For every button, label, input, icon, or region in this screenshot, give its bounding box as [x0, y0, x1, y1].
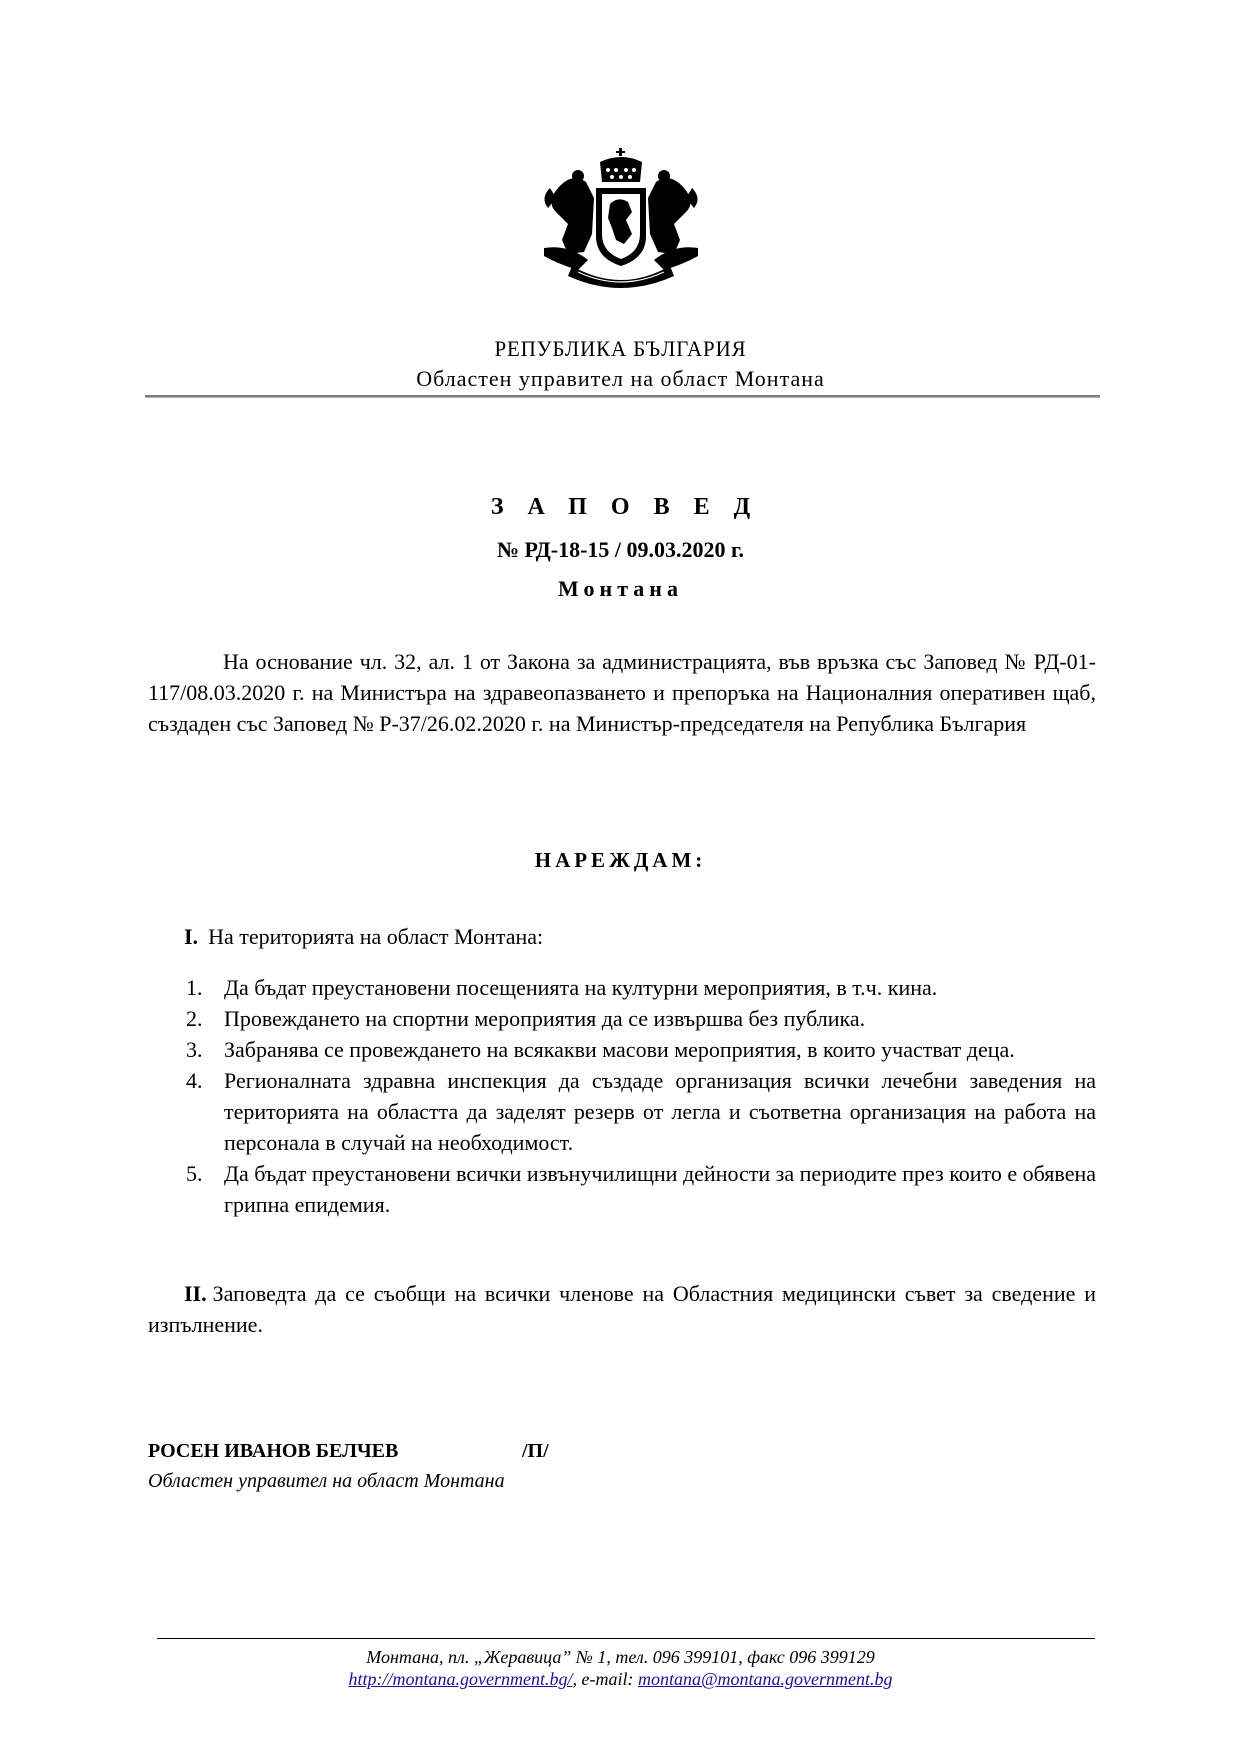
- footer-divider: [157, 1638, 1095, 1639]
- document-city: Монтана: [0, 576, 1241, 602]
- header-country: РЕПУБЛИКА БЪЛГАРИЯ: [31, 336, 1210, 362]
- header-office: Областен управител на област Монтана: [0, 366, 1241, 392]
- signer-name: РОСЕН ИВАНОВ БЕЛЧЕВ: [148, 1440, 398, 1463]
- list-item: 2.Провеждането на спортни мероприятия да…: [186, 1003, 1096, 1034]
- coat-of-arms-icon: [538, 148, 704, 294]
- section-2-paragraph: II.Заповедта да се съобщи на всички член…: [148, 1278, 1096, 1340]
- email-link[interactable]: montana@montana.government.bg: [638, 1669, 893, 1689]
- list-item-text: Провеждането на спортни мероприятия да с…: [224, 1006, 865, 1031]
- section-2-text: Заповедта да се съобщи на всички членове…: [148, 1281, 1096, 1337]
- section-1-numeral: I.: [184, 924, 198, 949]
- footer-address: Монтана, пл. „Жеравица” № 1, тел. 096 39…: [0, 1647, 1241, 1668]
- section-2-numeral: II.: [184, 1281, 207, 1306]
- list-item-number: 5.: [186, 1158, 203, 1189]
- list-item-number: 3.: [186, 1034, 203, 1065]
- list-item-number: 1.: [186, 972, 203, 1003]
- list-item-text: Регионалната здравна инспекция да създад…: [224, 1068, 1096, 1155]
- section-1-heading: I.На територията на област Монтана:: [184, 924, 543, 950]
- section-1-text: На територията на област Монтана:: [208, 924, 543, 949]
- signer-title: Областен управител на област Монтана: [148, 1470, 505, 1493]
- list-item: 1.Да бъдат преустановени посещенията на …: [186, 972, 1096, 1003]
- order-heading: НАРЕЖДАМ:: [0, 848, 1241, 873]
- list-item: 5.Да бъдат преустановени всички извънучи…: [186, 1158, 1096, 1220]
- list-item-text: Забранява се провеждането на всякакви ма…: [224, 1037, 1015, 1062]
- header-divider: [145, 395, 1100, 398]
- document-number: № РД-18-15 / 09.03.2020 г.: [0, 537, 1241, 563]
- list-item-number: 4.: [186, 1065, 203, 1096]
- list-item: 4.Регионалната здравна инспекция да създ…: [186, 1065, 1096, 1158]
- preamble-text: На основание чл. 32, ал. 1 от Закона за …: [148, 649, 1096, 736]
- list-item-text: Да бъдат преустановени посещенията на ку…: [224, 975, 937, 1000]
- document-title: ЗАПОВЕД: [0, 494, 1241, 521]
- signature-mark: /П/: [522, 1440, 549, 1463]
- website-link[interactable]: http://montana.government.bg/: [349, 1669, 573, 1689]
- email-label: , e-mail:: [572, 1669, 637, 1689]
- order-items-list: 1.Да бъдат преустановени посещенията на …: [186, 972, 1096, 1220]
- list-item-number: 2.: [186, 1003, 203, 1034]
- preamble-paragraph: На основание чл. 32, ал. 1 от Закона за …: [148, 646, 1096, 739]
- list-item-text: Да бъдат преустановени всички извънучили…: [224, 1161, 1096, 1217]
- list-item: 3.Забранява се провеждането на всякакви …: [186, 1034, 1096, 1065]
- footer-contacts: http://montana.government.bg/, e-mail: m…: [0, 1669, 1241, 1690]
